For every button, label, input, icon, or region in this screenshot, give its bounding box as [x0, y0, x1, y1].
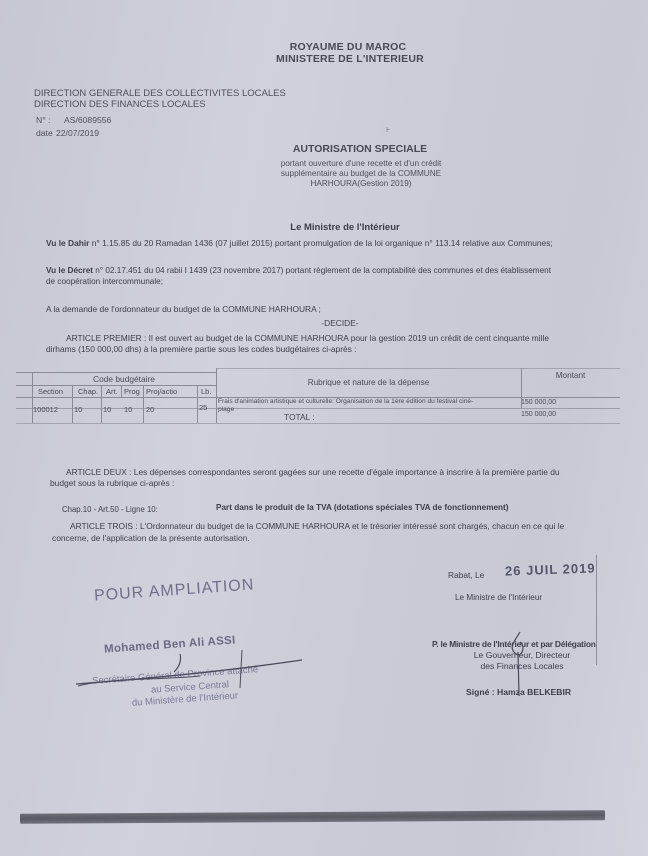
document-title: AUTORISATION SPECIALE	[270, 143, 450, 155]
reference-number: AS/6089556	[64, 115, 111, 125]
article-3: ARTICLE TROIS : L'Ordonnateur du budget …	[70, 521, 564, 531]
budget-table: Code budgétaire Section Chap. Art. Prog …	[16, 368, 620, 430]
vu-decret-text: n° 02.17.451 du 04 rabii I 1439 (23 nove…	[93, 266, 551, 275]
reference-number-label: N° :	[36, 115, 50, 125]
total-label: TOTAL :	[284, 412, 315, 422]
decide-heading: -DECIDE-	[300, 318, 380, 328]
column-header-prog: Prog	[124, 387, 140, 396]
place-label: Rabat, Le	[448, 570, 484, 580]
column-header-art: Art.	[106, 387, 118, 396]
article-1: ARTICLE PREMIER : Il est ouvert au budge…	[66, 333, 549, 343]
article-2-text: : Les dépenses correspondantes seront ga…	[127, 467, 560, 477]
vu-dahir-lead: Vu le Dahir	[46, 238, 89, 248]
revenue-code: Chap.10 - Art.50 - Ligne 10:	[62, 505, 158, 514]
cell-lb: 25	[199, 403, 207, 412]
vu-dahir: Vu le Dahir n° 1.15.85 du 20 Ramadan 143…	[46, 238, 553, 248]
page-edge-line	[596, 555, 597, 665]
handwritten-signature-icon	[500, 628, 540, 698]
revenue-rubrique: Part dans le produit de la TVA (dotation…	[216, 503, 509, 512]
scanned-document-page: ROYAUME DU MAROC MINISTERE DE L'INTERIEU…	[0, 0, 648, 856]
cell-chap: 10	[74, 405, 82, 414]
cell-section: 100012	[33, 405, 58, 414]
issuer-direction-generale: DIRECTION GENERALE DES COLLECTIVITES LOC…	[34, 88, 286, 99]
authority-heading: Le Ministre de l'Intérieur	[240, 222, 450, 233]
kingdom-heading: ROYAUME DU MAROC	[248, 41, 448, 53]
cell-art: 10	[103, 405, 111, 414]
document-subtitle-line-2: supplémentaire au budget de la COMMUNE	[256, 169, 466, 178]
article-1-text: : Il est ouvert au budget de la COMMUNE …	[142, 333, 549, 343]
vu-dahir-text: n° 1.15.85 du 20 Ramadan 1436 (07 juille…	[89, 238, 552, 248]
column-header-lb: Lb.	[201, 387, 211, 396]
article-1-label: ARTICLE PREMIER	[66, 333, 142, 343]
cell-rubrique-line-2: plage	[218, 406, 234, 413]
ampliation-stamp-title: POUR AMPLIATION	[94, 576, 255, 605]
column-header-rubrique: Rubrique et nature de la dépense	[216, 378, 521, 387]
vu-decret-lead: Vu le Décret	[46, 266, 93, 275]
issue-date-label: date	[36, 128, 53, 138]
cell-rubrique-line-1: Frais d'animation artistique et culturel…	[218, 398, 473, 405]
vu-decret-continuation: de coopération intercommunale;	[46, 277, 163, 286]
column-header-montant: Montant	[521, 371, 620, 380]
cell-prog: 10	[124, 405, 132, 414]
article-3-label: ARTICLE TROIS	[70, 521, 133, 531]
column-header-proj: Proj/actio	[146, 387, 177, 396]
article-2-label: ARTICLE DEUX	[66, 467, 127, 477]
cell-proj: 20	[146, 405, 154, 414]
vu-decret: Vu le Décret n° 02.17.451 du 04 rabii I …	[46, 266, 551, 275]
column-header-section: Section	[38, 387, 63, 396]
document-subtitle-line-3: HARHOURA(Gestion 2019)	[256, 179, 466, 188]
article-3-text: : L'Ordonnateur du budget de la COMMUNE …	[133, 521, 564, 531]
article-1-continuation: dirhams (150 000,00 dhs) à la première p…	[46, 344, 357, 354]
total-amount: 150 000,00	[521, 411, 556, 418]
footer-bar	[20, 810, 605, 824]
article-2-continuation: budget sous la rubrique ci-après :	[50, 478, 174, 488]
code-budgetaire-header: Code budgétaire	[32, 374, 216, 384]
article-2: ARTICLE DEUX : Les dépenses correspondan…	[66, 467, 560, 477]
issuer-direction-finances: DIRECTION DES FINANCES LOCALES	[34, 99, 206, 110]
cell-amount: 150 000,00	[521, 399, 556, 406]
issue-date: 22/07/2019	[56, 128, 99, 138]
article-3-continuation: concerne, de l'application de la présent…	[52, 533, 250, 543]
demand-line: A la demande de l'ordonnateur du budget …	[46, 304, 321, 314]
signer-title: Le Ministre de l'Intérieur	[455, 593, 542, 602]
pen-mark: ⱶ	[386, 124, 390, 134]
date-stamp: 26 JUIL 2019	[505, 560, 596, 578]
document-subtitle-line-1: portant ouverture d'une recette et d'un …	[256, 159, 466, 168]
strike-through-stroke-icon	[70, 650, 310, 700]
ministry-heading: MINISTERE DE L'INTERIEUR	[240, 53, 460, 65]
column-header-chap: Chap.	[78, 387, 98, 396]
